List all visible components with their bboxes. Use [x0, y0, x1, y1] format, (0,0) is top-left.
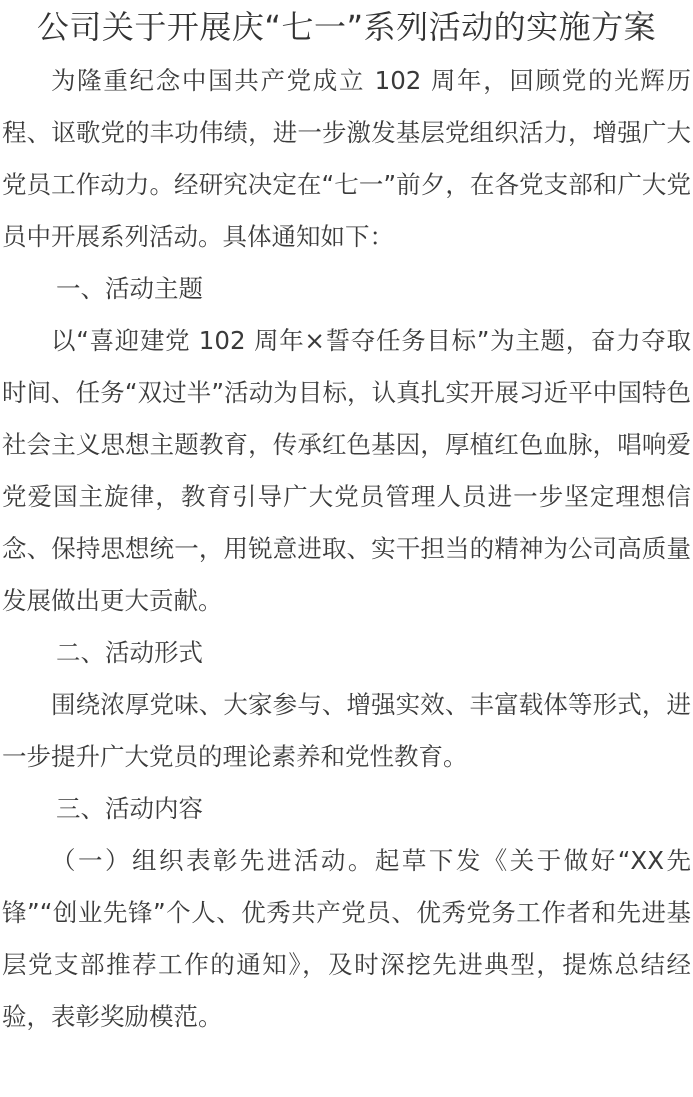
intro-paragraph: 为隆重纪念中国共产党成立 102 周年，回顾党的光辉历程、讴歌党的丰功伟绩，进一…	[0, 55, 693, 263]
document-title: 公司关于开展庆“七一”系列活动的实施方案	[0, 4, 693, 51]
section-paragraph-content: （一）组织表彰先进活动。起草下发《关于做好“XX先锋”“创业先锋”个人、优秀共产…	[0, 835, 693, 1043]
section-paragraph-form: 围绕浓厚党味、大家参与、增强实效、丰富载体等形式，进一步提升广大党员的理论素养和…	[0, 679, 693, 783]
document-body: 为隆重纪念中国共产党成立 102 周年，回顾党的光辉历程、讴歌党的丰功伟绩，进一…	[0, 55, 693, 1043]
document: 公司关于开展庆“七一”系列活动的实施方案 为隆重纪念中国共产党成立 102 周年…	[0, 4, 693, 1043]
section-heading-theme: 一、活动主题	[0, 263, 693, 315]
section-paragraph-theme: 以“喜迎建党 102 周年×誓夺任务目标”为主题，奋力夺取时间、任务“双过半”活…	[0, 315, 693, 627]
section-heading-content: 三、活动内容	[0, 783, 693, 835]
section-heading-form: 二、活动形式	[0, 627, 693, 679]
